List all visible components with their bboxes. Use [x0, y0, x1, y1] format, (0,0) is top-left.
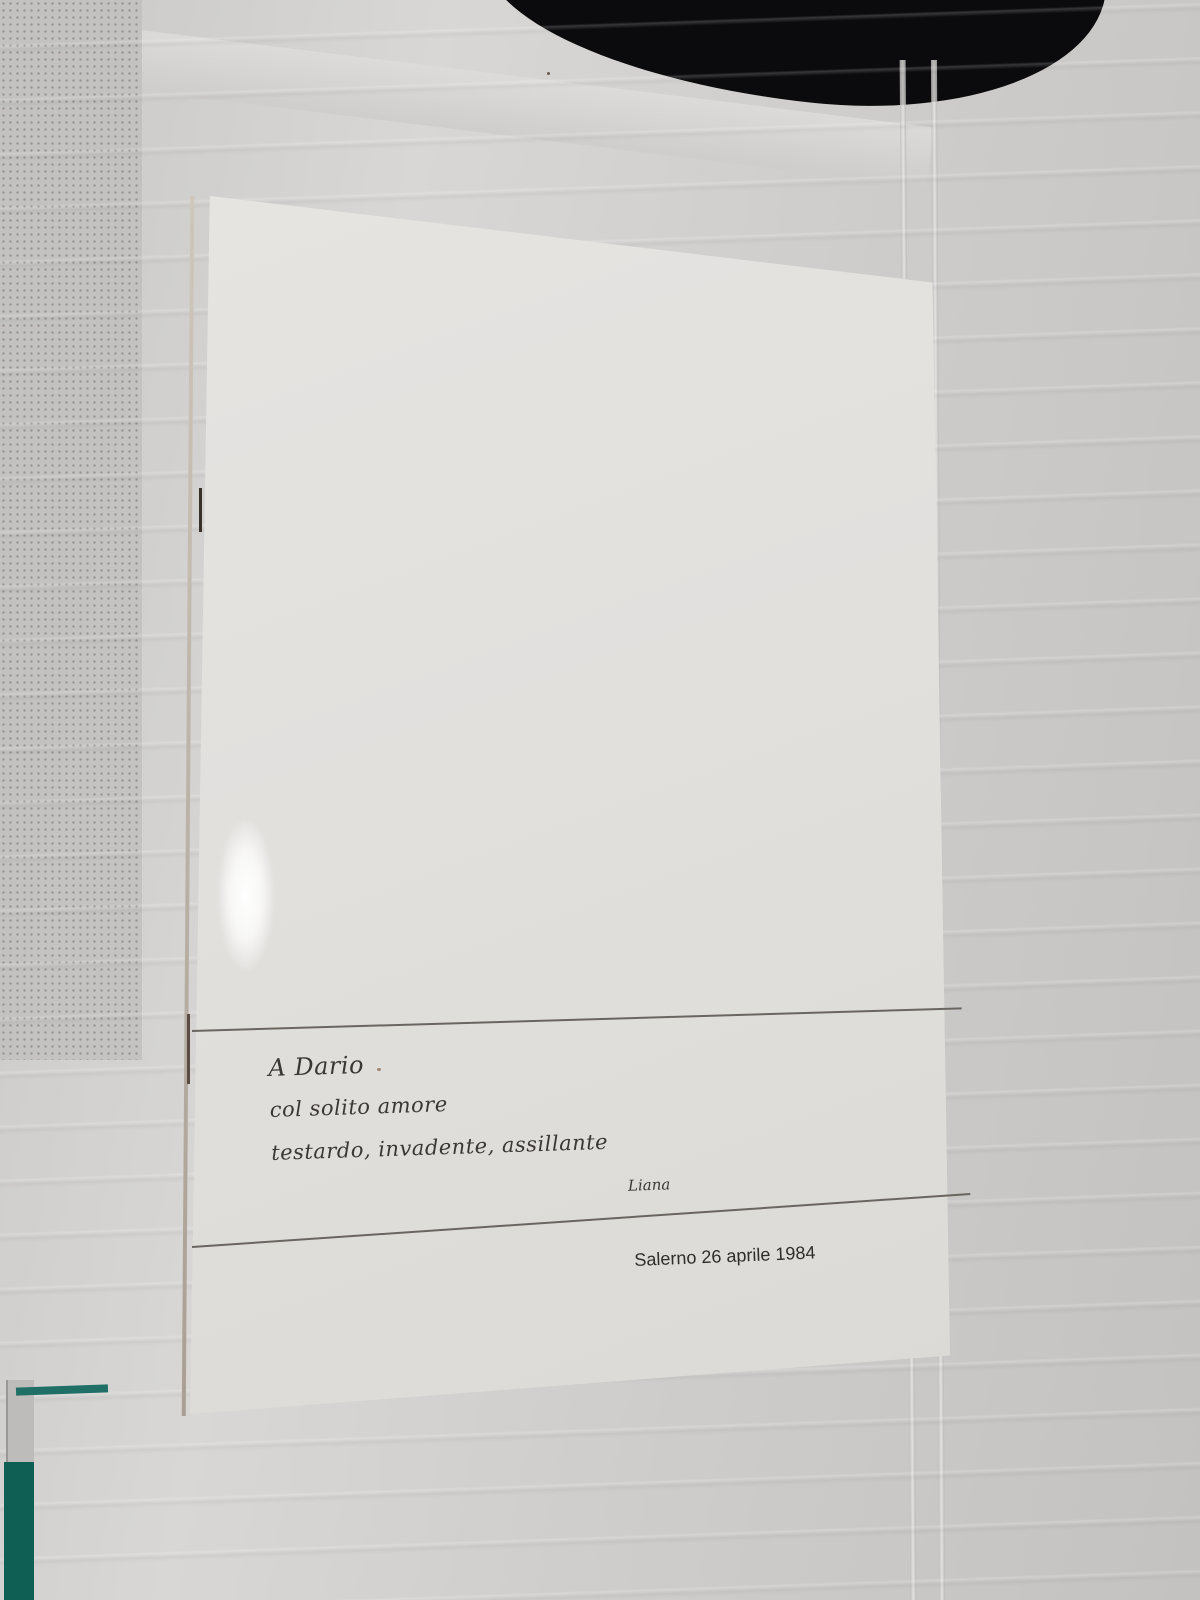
staple	[187, 1014, 190, 1084]
staple	[199, 488, 202, 532]
dust-speck	[547, 72, 550, 75]
dust-speck	[377, 1068, 381, 1071]
halftone-folder-flap	[0, 0, 142, 1060]
teal-object-block	[4, 1462, 34, 1600]
dedication-block: A Dario col solito amore testardo, invad…	[268, 1045, 608, 1164]
dedication-line: col solito amore	[269, 1089, 606, 1121]
booklet-spine-edge	[182, 196, 195, 1416]
photo-scene: A Dario col solito amore testardo, invad…	[0, 0, 1200, 1600]
glare-highlight	[218, 820, 274, 970]
booklet-cover	[190, 196, 950, 1414]
dedication-signature: Liana	[628, 1175, 671, 1194]
